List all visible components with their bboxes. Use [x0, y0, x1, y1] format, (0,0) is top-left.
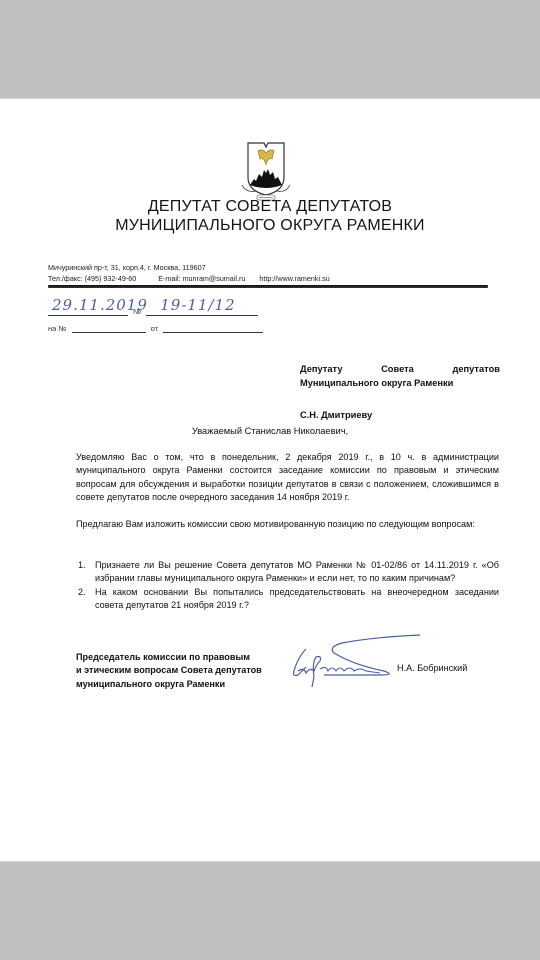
addressee-block: Депутату Совета депутатов Муниципального… [300, 362, 500, 422]
signer-title-line1: Председатель комиссии по правовым [76, 651, 296, 664]
question-number: 1. [78, 559, 95, 586]
bottom-gray-bar [0, 861, 540, 960]
questions-list: 1. Признаете ли Вы решение Совета депута… [78, 559, 499, 612]
reply-registration: на № от [48, 324, 263, 333]
handwritten-date: 29.11.2019 [52, 296, 148, 314]
addressee-word-3: депутатов [452, 362, 500, 376]
top-gray-bar [0, 0, 540, 99]
signer-name: Н.А. Бобринский [397, 663, 467, 673]
org-title-line1: ДЕПУТАТ СОВЕТА ДЕПУТАТОВ [0, 197, 540, 216]
handwritten-signature-icon [284, 631, 424, 693]
outgoing-registration: 29.11.2019 № 19-11/12 [48, 299, 258, 316]
date-field: 29.11.2019 [48, 299, 128, 316]
addressee-name: С.Н. Дмитриеву [300, 408, 500, 422]
body-paragraph-1: Уведомляю Вас о том, что в понедельник, … [76, 451, 499, 504]
signer-position: Председатель комиссии по правовым и этич… [76, 651, 296, 691]
signer-title-line2: и этическим вопросам Совета депутатов [76, 664, 296, 677]
address: Мичуринский пр-т, 31, корп.4, г. Москва,… [48, 262, 508, 273]
question-number: 2. [78, 586, 95, 613]
question-item: 1. Признаете ли Вы решение Совета депута… [78, 559, 499, 586]
reply-date-field [163, 324, 263, 333]
number-field: 19-11/12 [146, 299, 258, 316]
question-text: На каком основании Вы попытались председ… [95, 586, 499, 613]
salutation: Уважаемый Станислав Николаевич, [0, 426, 540, 436]
addressee-word-2: Совета [381, 362, 414, 376]
contact-info: Мичуринский пр-т, 31, корп.4, г. Москва,… [48, 262, 508, 284]
reply-to-label: на № [48, 324, 66, 333]
question-item: 2. На каком основании Вы попытались пред… [78, 586, 499, 613]
phone: Тел./факс: (495) 932-49-60 [48, 274, 136, 283]
signer-title-line3: муниципального округа Раменки [76, 678, 296, 691]
reply-number-field [72, 324, 146, 333]
handwritten-number: 19-11/12 [160, 296, 235, 314]
header-divider [48, 285, 488, 288]
email: E-mail: munram@sumail.ru [158, 274, 245, 283]
question-text: Признаете ли Вы решение Совета депутатов… [95, 559, 499, 586]
org-title-line2: МУНИЦИПАЛЬНОГО ОКРУГА РАМЕНКИ [0, 216, 540, 235]
coat-of-arms-icon [236, 141, 296, 203]
organization-title: ДЕПУТАТ СОВЕТА ДЕПУТАТОВ МУНИЦИПАЛЬНОГО … [0, 197, 540, 235]
body-paragraph-2: Предлагаю Вам изложить комиссии свою мот… [76, 518, 499, 531]
from-label: от [151, 324, 158, 333]
addressee-word-1: Депутату [300, 362, 343, 376]
addressee-line2: Муниципального округа Раменки [300, 376, 500, 390]
website-link[interactable]: http://www.ramenki.su [259, 274, 329, 283]
letter-page: ДЕПУТАТ СОВЕТА ДЕПУТАТОВ МУНИЦИПАЛЬНОГО … [0, 99, 540, 861]
